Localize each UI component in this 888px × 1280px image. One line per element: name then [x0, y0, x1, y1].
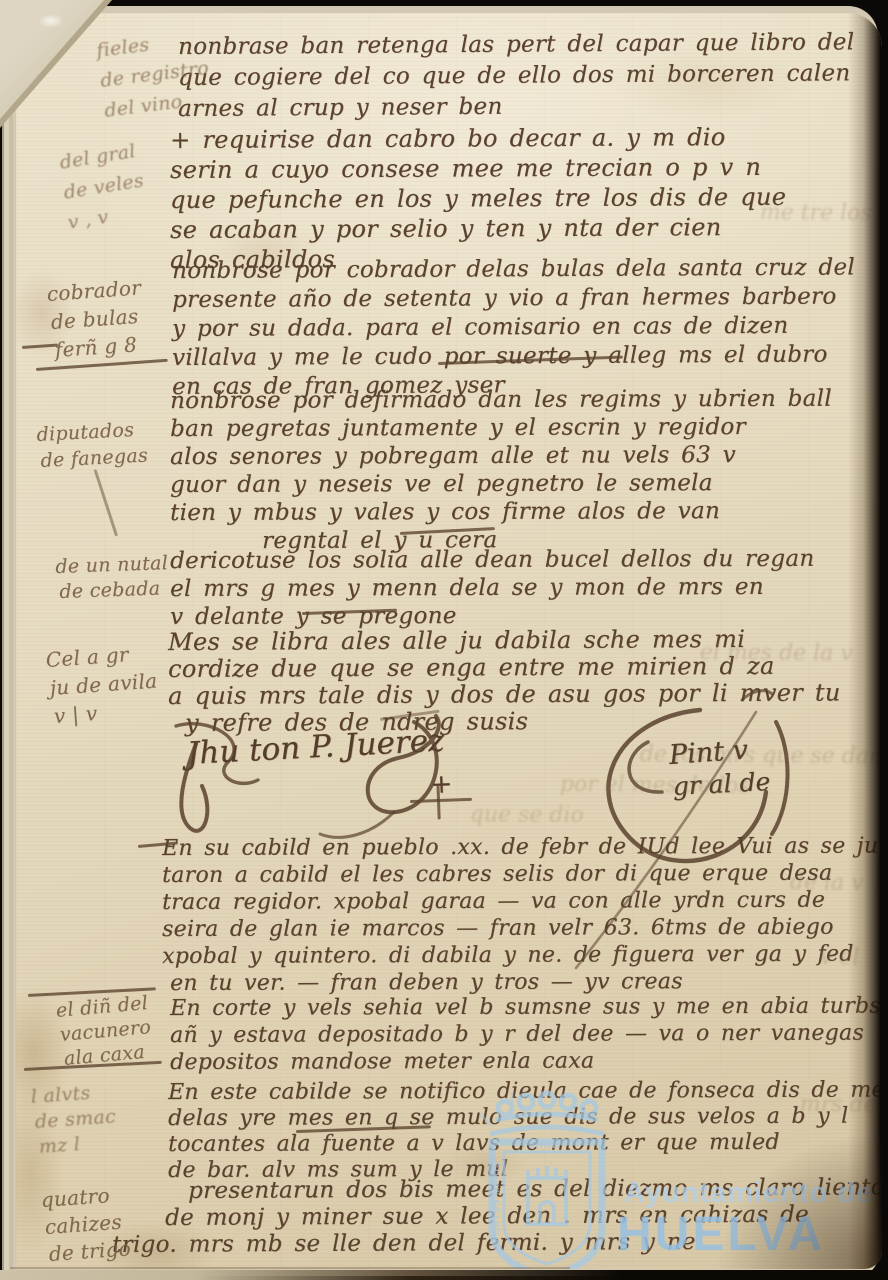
- huelva-crest-icon: TERRE PORTUS MARIS CUSTODIA: [452, 1082, 634, 1269]
- manuscript-page: Jhu ton P. Juerez Pint v gr al de nonbra…: [16, 13, 882, 1269]
- crest-right-motto: CUSTODIA: [596, 1172, 606, 1227]
- manuscript-scan: Jhu ton P. Juerez Pint v gr al de nonbra…: [0, 0, 888, 1280]
- corner-shadow: [642, 1049, 882, 1269]
- bottom-page-edge: [10, 1267, 570, 1269]
- crest-left-motto: PORTUS MARIS: [491, 1161, 501, 1242]
- bottom-scan-edge: [0, 1270, 888, 1280]
- crest-top-motto: TERRE: [521, 1140, 560, 1151]
- fold-highlight: [38, 14, 64, 28]
